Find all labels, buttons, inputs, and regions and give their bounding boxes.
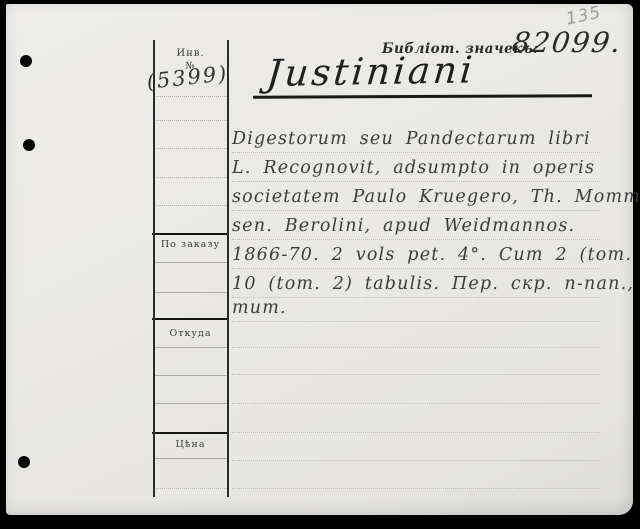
field-label-po-zakazu: По заказу [154,239,227,250]
punch-hole-icon [23,139,35,151]
column-rule-dotted [154,177,227,178]
ruled-line [232,432,600,433]
column-section-divider [152,233,228,235]
column-rule-dotted [154,205,227,206]
ruled-line [232,460,600,461]
column-rule-dotted [154,148,227,149]
column-rule-thin [154,375,227,376]
column-left-rule [153,40,155,497]
column-rule-dotted [154,96,227,97]
column-rule-thin [154,458,227,459]
punch-hole-icon [20,55,32,67]
inventory-label: Инв. [154,48,227,59]
handwritten-body-line: 10 (tom. 2) tabulis. Пер. скр. п-пап., ч… [232,274,640,298]
handwritten-accession-number: 82099. [510,26,625,59]
ruled-line [232,374,600,375]
handwritten-title: Justiniani [265,48,477,95]
field-label-otkuda: Откуда [154,328,227,339]
column-section-divider [152,318,228,320]
handwritten-body-line: societatem Paulo Kruegero, Th. Momm- [232,187,640,211]
ruled-line [232,321,600,322]
ruled-line [232,488,600,489]
handwritten-body-line: 1866-70. 2 vols pet. 4°. Cum 2 (tom. 1.)… [232,245,640,269]
handwritten-body-line: Digestorum seu Pandectarum libri [232,129,591,153]
handwritten-body-line: L. Recognovit, adsumpto in operis [232,158,595,182]
column-rule-dotted [154,488,227,489]
column-rule-dotted [154,120,227,121]
ruled-line [232,403,600,404]
column-rule-thin [154,347,227,348]
ruled-line [232,347,600,348]
column-rule-thin [154,262,227,263]
column-rule-thin [154,403,227,404]
column-section-divider [152,432,228,434]
handwritten-body-line: sen. Berolini, apud Weidmannos. [232,216,575,240]
scanned-catalog-card-page: Инв. № По заказу Откуда Цѣна (5399) Библ… [0,0,640,529]
handwritten-body-line: тит. [232,298,287,322]
column-rule-thin [154,292,227,293]
field-label-tsena: Цѣна [154,439,227,450]
punch-hole-icon [18,456,30,468]
column-right-rule [227,40,229,497]
